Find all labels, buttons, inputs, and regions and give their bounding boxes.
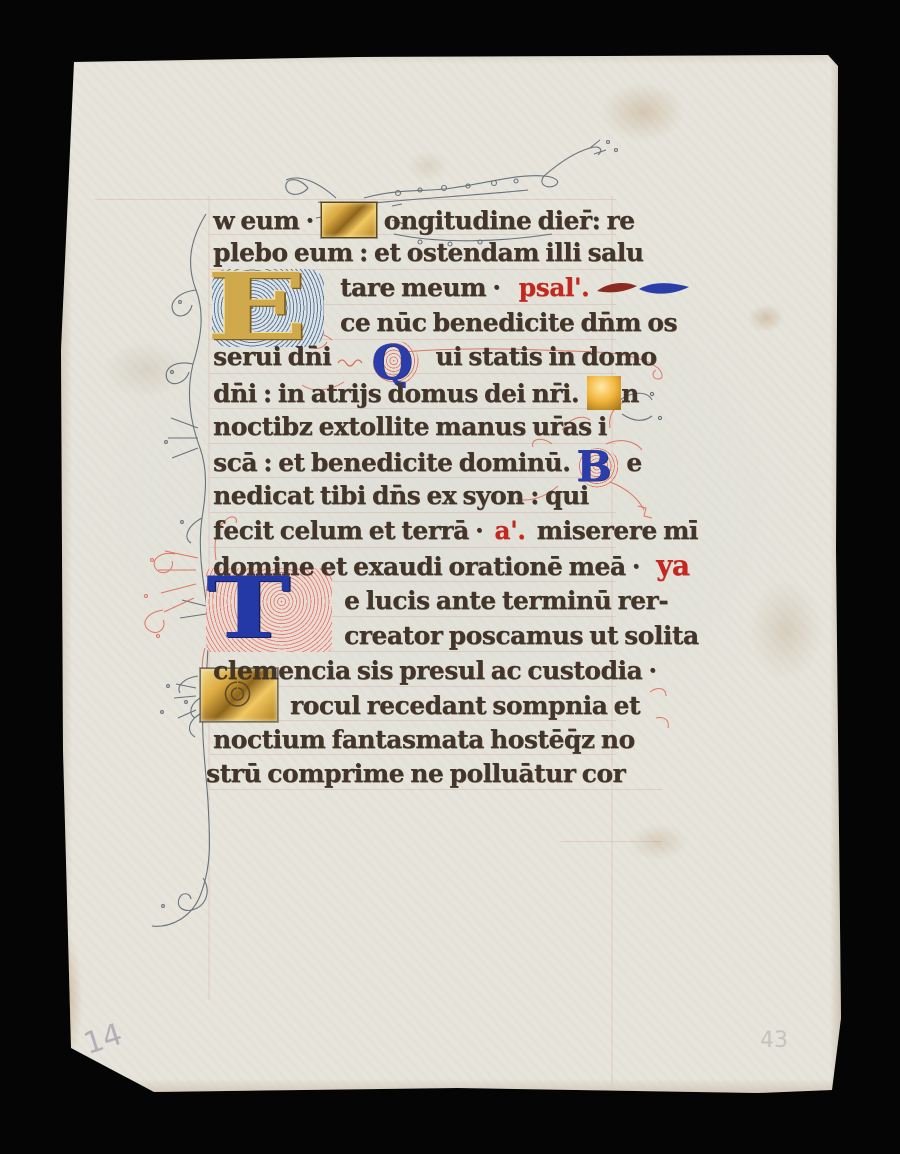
text-line: domine et exaudi orationē meā · ya — [213, 550, 690, 583]
text-segment: fecit celum et terrā · — [213, 516, 483, 545]
text-line: dn̄i : in atrijs domus dei nr̄i.n — [213, 376, 639, 410]
red-line-filler — [337, 355, 367, 367]
pencil-number-bottom-right: 43 — [760, 1028, 788, 1053]
text-segment: strū comprime ne polluātur cor — [206, 759, 625, 788]
rubric-hymn-mark: ya — [656, 549, 689, 582]
rubric-antiphon-mark: a'. — [494, 516, 525, 545]
text-segment: miserere mī — [537, 516, 698, 545]
text-segment: e lucis ante terminū rer- — [344, 586, 668, 615]
text-segment: tare meum · — [340, 273, 500, 302]
text-line: e lucis ante terminū rer- — [344, 585, 668, 617]
text-line: rocul recedant sompnia et — [290, 690, 640, 722]
text-segment: noctibz extollite manus ur̄as i — [213, 412, 607, 441]
gold-initial-block-L — [321, 202, 377, 238]
text-line: noctibz extollite manus ur̄as i — [213, 411, 607, 443]
text-segment: noctium fantasmata hostēq̄z no — [213, 725, 635, 754]
text-segment: e — [626, 448, 641, 477]
text-segment: domine et exaudi orationē meā · — [213, 552, 640, 581]
rubric-psalm-label: psal'. — [519, 273, 590, 302]
photo-background: E T w eum ·ongitudine dier̄: re plebo eu… — [0, 0, 900, 1154]
text-line: w eum ·ongitudine dier̄: re — [213, 202, 635, 238]
text-line: nedicat tibi dn̄s ex syon : qui — [213, 480, 589, 512]
text-line: strū comprime ne polluātur cor — [206, 758, 625, 790]
text-line: clemencia sis presul ac custodia · — [213, 655, 657, 687]
text-line: tare meum · psal'. — [340, 272, 691, 304]
text-line: creator poscamus ut solita — [344, 620, 699, 652]
text-segment: ce nūc benedicite dn̄m os — [340, 308, 677, 337]
text-segment: ui statis in domo — [435, 342, 656, 371]
text-segment: w eum · — [213, 206, 314, 235]
line-filler-scroll — [595, 278, 691, 298]
text-line: fecit celum et terrā · a'. miserere mī — [213, 515, 698, 547]
text-segment: scā : et benedicite dominū. — [213, 448, 570, 477]
gold-initial-block-I — [587, 376, 621, 410]
text-segment: creator poscamus ut solita — [344, 621, 699, 650]
text-segment: nedicat tibi dn̄s ex syon : qui — [213, 481, 589, 510]
text-segment: plebo eum : et ostendam illi salu — [213, 238, 643, 267]
text-segment: serui dn̄i — [213, 342, 331, 371]
text-segment: dn̄i : in atrijs domus dei nr̄i. — [213, 379, 579, 408]
text-segment: ongitudine dier̄: re — [384, 206, 635, 235]
text-segment: clemencia sis presul ac custodia · — [213, 656, 657, 685]
text-line: noctium fantasmata hostēq̄z no — [213, 724, 635, 756]
text-segment: rocul recedant sompnia et — [290, 691, 640, 720]
text-segment: n — [621, 379, 639, 408]
text-line: plebo eum : et ostendam illi salu — [213, 237, 643, 269]
